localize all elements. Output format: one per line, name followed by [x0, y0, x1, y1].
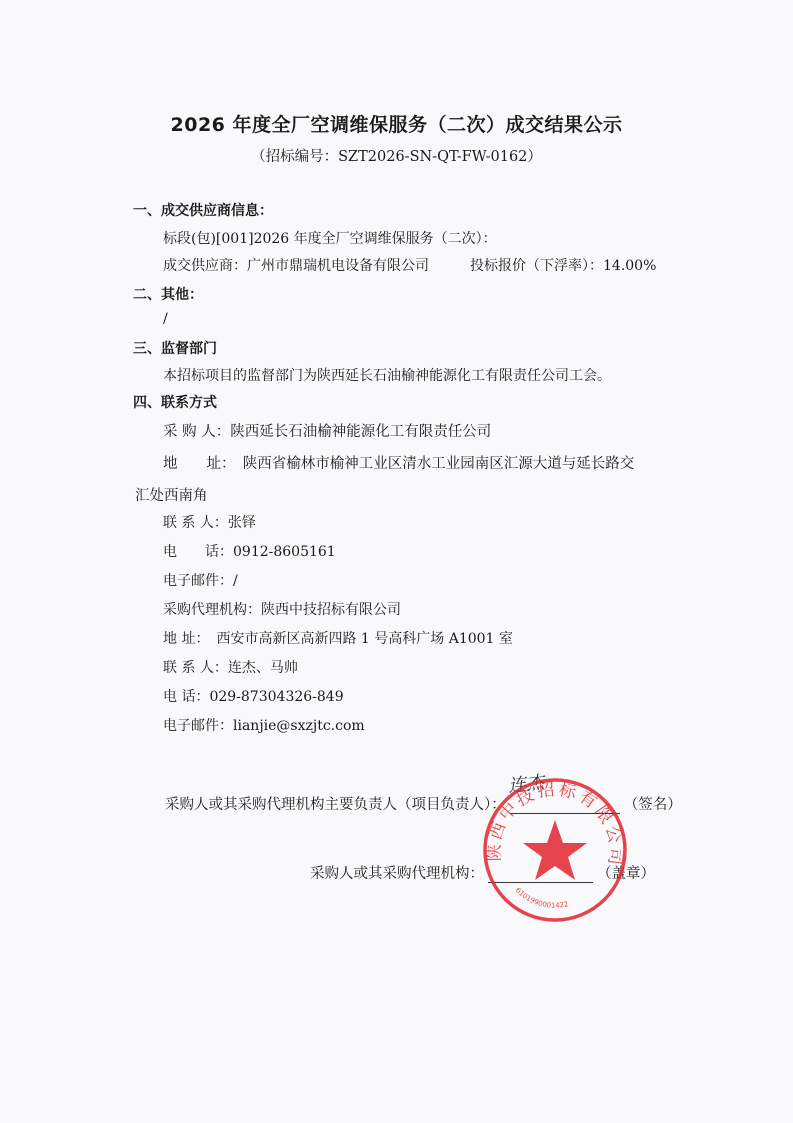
section-2-heading: 二、其他：	[133, 284, 203, 304]
responsible-label: 采购人或其采购代理机构主要负责人（项目负责人）：	[165, 797, 506, 813]
agency-line: 采购代理机构：陕西中技招标有限公司	[163, 599, 401, 619]
section-4-heading: 四、联系方式	[133, 392, 217, 412]
document-title: 2026 年度全厂空调维保服务（二次）成交结果公示	[0, 110, 793, 137]
email-line: 电子邮件：/	[163, 570, 238, 590]
section-1-heading: 一、成交供应商信息：	[133, 200, 273, 220]
address-line-2: 汇处西南角	[135, 484, 208, 505]
sign-suffix: （签名）	[624, 797, 682, 813]
bid-price: 投标报价（下浮率）：14.00%	[470, 255, 656, 275]
bid-number: （招标编号：SZT2026-SN-QT-FW-0162）	[0, 145, 793, 166]
agency-email-line: 电子邮件：lianjie@sxzjtc.com	[163, 715, 365, 735]
agency-contact-line: 联 系 人：连杰、马帅	[163, 657, 298, 677]
supplier-line: 成交供应商：广州市鼎瑞机电设备有限公司	[163, 255, 429, 275]
address-line-1: 地 址： 陕西省榆林市榆神工业区清水工业园南区汇源大道与延长路交	[163, 452, 634, 473]
contact-line: 联 系 人：张铎	[163, 512, 256, 532]
section-2-content: /	[163, 311, 168, 327]
section-3-content: 本招标项目的监督部门为陕西延长石油榆神能源化工有限责任公司工会。	[163, 365, 611, 385]
agency-phone-line: 电 话：029-87304326-849	[163, 686, 344, 706]
section-3-heading: 三、监督部门	[133, 338, 217, 358]
company-seal-icon: 陕西中技招标有限公司 6101990001422	[480, 775, 630, 925]
svg-text:6101990001422: 6101990001422	[514, 886, 569, 909]
agency-address-line: 地 址： 西安市高新区高新四路 1 号高科广场 A1001 室	[163, 628, 513, 648]
agency-label: 采购人或其采购代理机构：	[310, 866, 484, 882]
purchaser-line: 采 购 人：陕西延长石油榆神能源化工有限责任公司	[163, 420, 491, 441]
lot-line: 标段(包)[001]2026 年度全厂空调维保服务（二次）：	[163, 228, 497, 248]
phone-line: 电 话：0912-8605161	[163, 541, 336, 561]
